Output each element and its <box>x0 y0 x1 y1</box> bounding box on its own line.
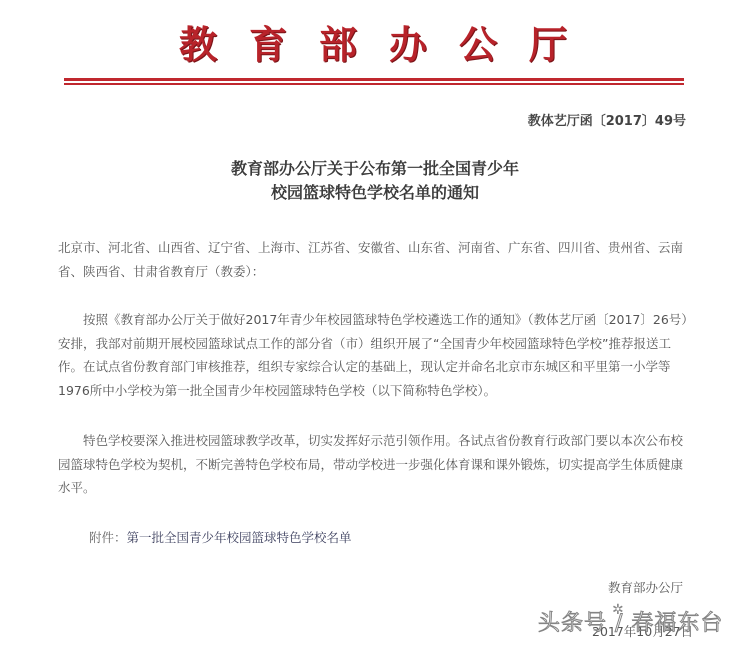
addressee: 北京市、河北省、山西省、辽宁省、上海市、江苏省、安徽省、山东省、河南省、广东省、… <box>58 236 688 283</box>
attachment-link[interactable]: 第一批全国青少年校园篮球特色学校名单 <box>127 530 352 545</box>
document-title: 教育部办公厅关于公布第一批全国青少年 校园篮球特色学校名单的通知 <box>0 157 750 205</box>
body-paragraph: 特色学校要深入推进校园篮球教学改革，切实发挥好示范引领作用。各试点省份教育行政部… <box>58 429 688 500</box>
title-line-1: 教育部办公厅关于公布第一批全国青少年 <box>0 157 750 181</box>
title-line-2: 校园篮球特色学校名单的通知 <box>0 181 750 205</box>
sun-icon: ✲ <box>612 602 624 618</box>
letterhead-org-name: 教育部办公厅 <box>0 14 750 69</box>
attachment-label: 附件： <box>89 530 127 545</box>
signature-org: 教育部办公厅 <box>608 578 683 596</box>
document-number: 教体艺厅函〔2017〕49号 <box>528 110 686 129</box>
body-paragraph: 按照《教育部办公厅关于做好2017年青少年校园篮球特色学校遴选工作的通知》（教体… <box>58 308 688 402</box>
watermark: 头条号 / 春福东台 <box>538 606 723 637</box>
letterhead-rule <box>64 78 684 85</box>
attachment: 附件：第一批全国青少年校园篮球特色学校名单 <box>89 528 352 546</box>
